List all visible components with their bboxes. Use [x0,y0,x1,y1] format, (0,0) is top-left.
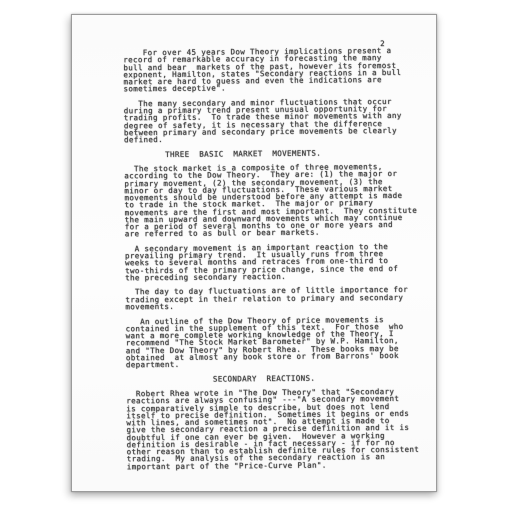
paragraph: The day to day fluctuations are of littl… [125,286,421,310]
scan-background: 2 For over 45 years Dow Theory implicati… [0,0,510,510]
page-number: 2 [380,40,385,47]
section-heading-secondary-reactions: SECONDARY REACTIONS. [126,373,402,383]
paragraph: An outline of the Dow Theory of price mo… [125,315,421,368]
paragraph: The many secondary and minor fluctuation… [124,98,420,144]
paragraph: A secondary movement is an important rea… [125,243,421,282]
document-page: 2 For over 45 years Dow Theory implicati… [71,14,437,492]
paragraph: Robert Rhea wrote in "The Dow Theory" th… [126,388,423,470]
section-heading-three-basic-market-movements: THREE BASIC MARKET MOVEMENTS. [124,149,362,158]
paragraph: The stock market is a composite of three… [124,163,421,238]
typed-text-block: 2 For over 45 years Dow Theory implicati… [123,47,423,478]
paragraph: For over 45 years Dow Theory implication… [123,47,419,93]
